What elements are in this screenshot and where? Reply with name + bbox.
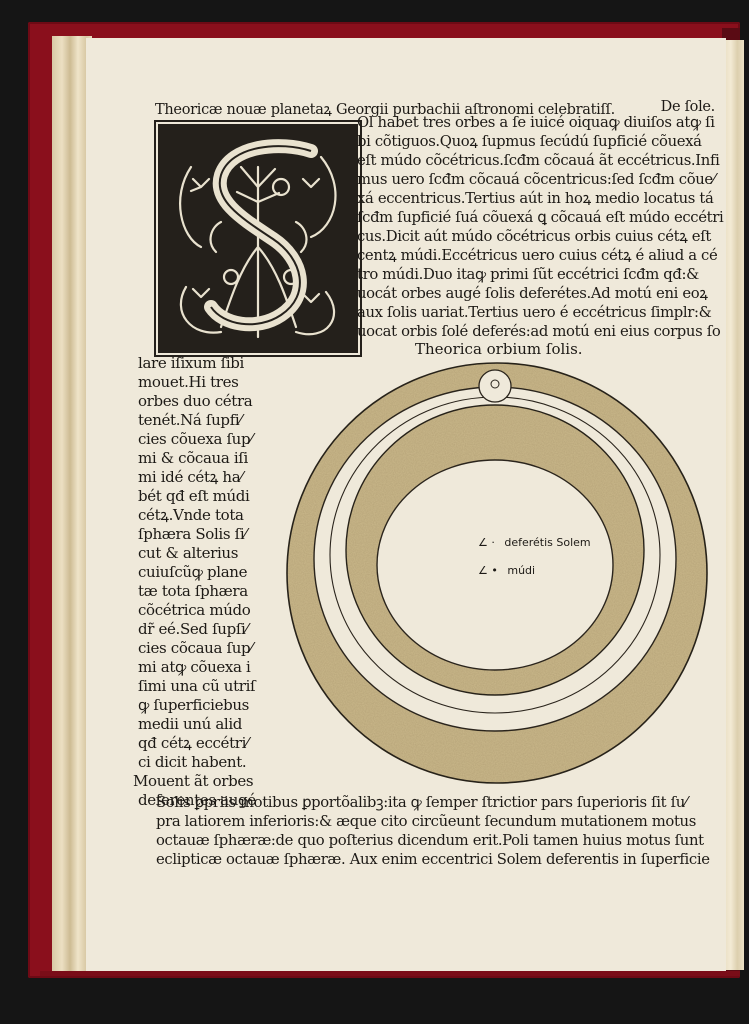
label-center-world: ∠ • múdi <box>478 564 535 577</box>
bottom-text-line: eclipticæ octauæ ſphæræ. Aux enim eccent… <box>156 851 716 869</box>
angle-marker-icon: ∠ • <box>478 564 498 577</box>
solar-orbs-diagram <box>0 0 749 1024</box>
bottom-text-line: octauæ ſphæræ:de quo poſterius dicendum … <box>156 832 716 850</box>
label-center-deferent: ∠ · deferétis Solem <box>478 536 591 549</box>
angle-marker-icon: ∠ · <box>478 536 495 549</box>
bottom-text-line: Solis ꝑpriis motibus ꝑportõalibꝫ:ita ꝙ ſ… <box>156 794 716 812</box>
sun-icon <box>479 370 511 402</box>
bottom-text-line: pra latiorem inferioris:& æque cito circ… <box>156 813 716 831</box>
